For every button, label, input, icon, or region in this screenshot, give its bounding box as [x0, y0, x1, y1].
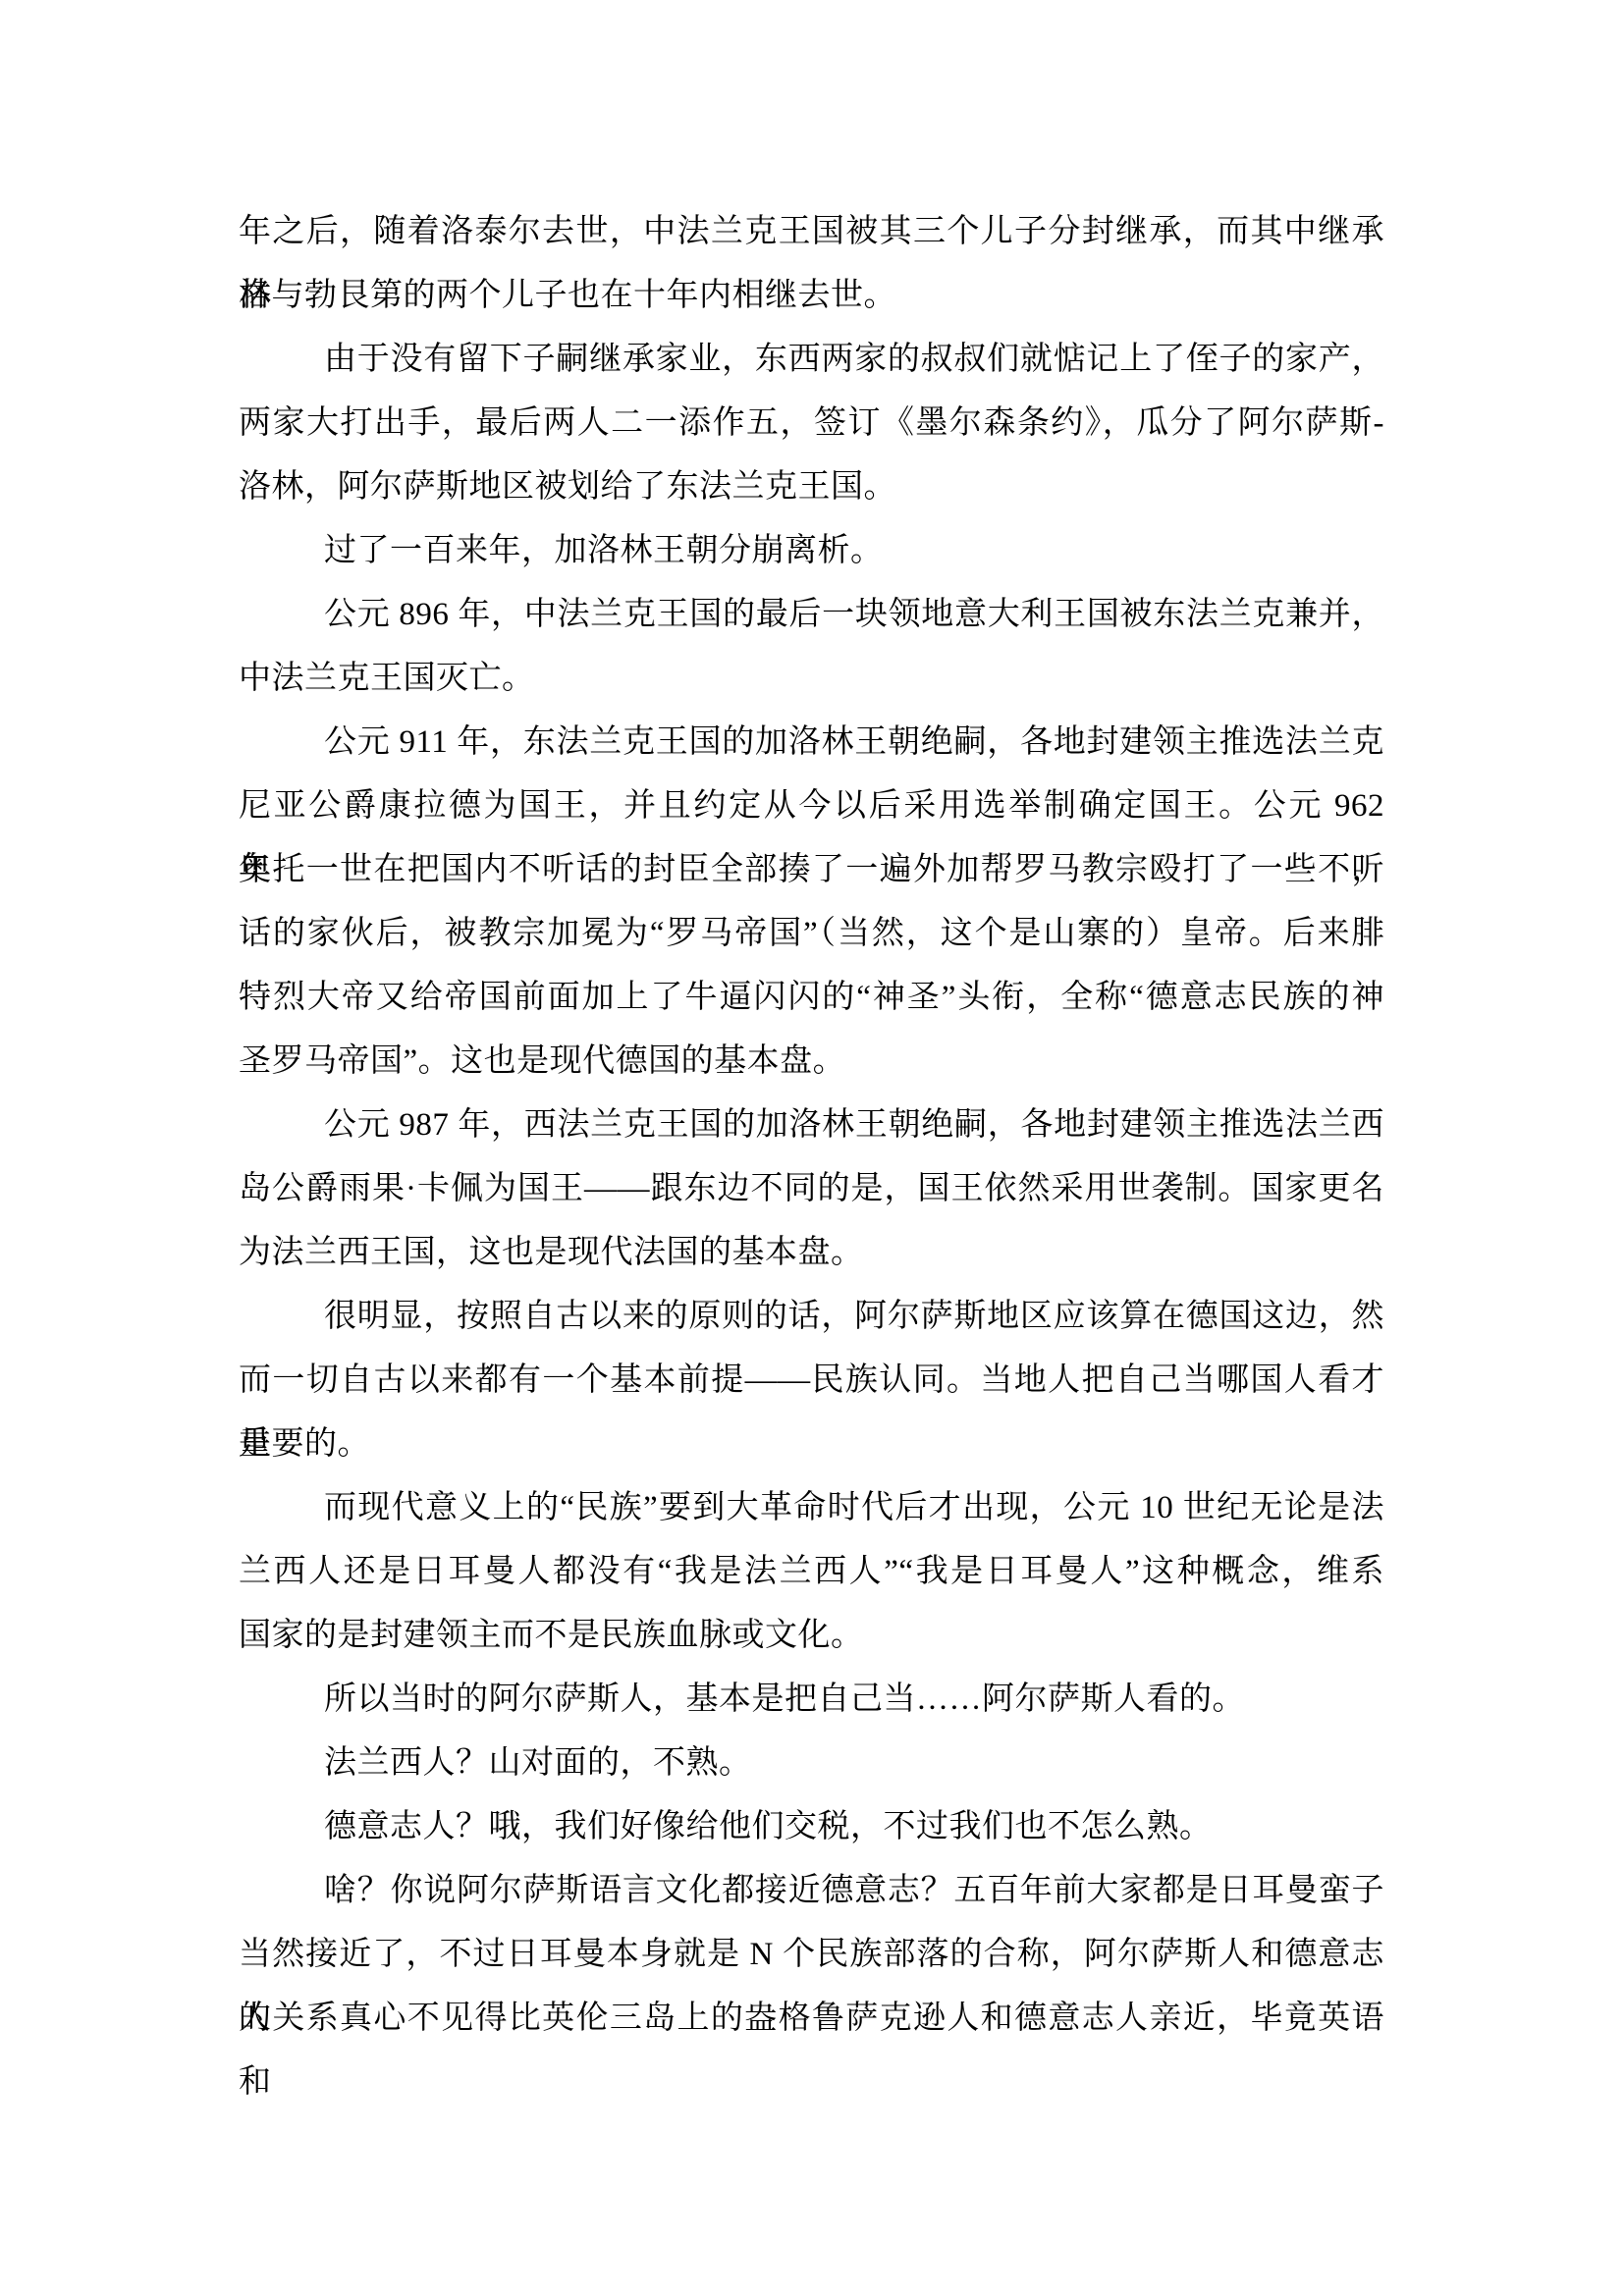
text-line: 很明显，按照自古以来的原则的话，阿尔萨斯地区应该算在德国这边，然 — [239, 1285, 1384, 1349]
paragraph: 法兰西人？山对面的，不熟。 — [239, 1732, 1384, 1795]
text-line: 而现代意义上的“民族”要到大革命时代后才出现，公元 10 世纪无论是法 — [239, 1476, 1384, 1540]
text-line: 重要的。 — [239, 1413, 1384, 1476]
text-line: 公元 987 年，西法兰克王国的加洛林王朝绝嗣，各地封建领主推选法兰西 — [239, 1094, 1384, 1157]
paragraph: 啥？你说阿尔萨斯语言文化都接近德意志？五百年前大家都是日耳曼蛮子当然接近了，不过… — [239, 1859, 1384, 2051]
text-line: 中法兰克王国灭亡。 — [239, 647, 1384, 711]
text-line: 公元 911 年，东法兰克王国的加洛林王朝绝嗣，各地封建领主推选法兰克 — [239, 711, 1384, 774]
paragraph: 所以当时的阿尔萨斯人，基本是把自己当……阿尔萨斯人看的。 — [239, 1668, 1384, 1732]
text-line: 话的家伙后，被教宗加冕为“罗马帝国”（当然，这个是山寨的）皇帝。后来腓 — [239, 902, 1384, 966]
text-line: 林与勃艮第的两个儿子也在十年内相继去世。 — [239, 264, 1384, 328]
paragraph: 年之后，随着洛泰尔去世，中法兰克王国被其三个儿子分封继承，而其中继承洛林与勃艮第… — [239, 200, 1384, 328]
paragraph: 公元 896 年，中法兰克王国的最后一块领地意大利王国被东法兰克兼并，中法兰克王… — [239, 583, 1384, 711]
text-line: 的关系真心不见得比英伦三岛上的盎格鲁萨克逊人和德意志人亲近，毕竟英语和 — [239, 1987, 1384, 2051]
text-line: 圣罗马帝国”。这也是现代德国的基本盘。 — [239, 1030, 1384, 1094]
text-line: 由于没有留下子嗣继承家业，东西两家的叔叔们就惦记上了侄子的家产， — [239, 328, 1384, 392]
text-line: 而一切自古以来都有一个基本前提——民族认同。当地人把自己当哪国人看才是 — [239, 1349, 1384, 1413]
paragraph: 过了一百来年，加洛林王朝分崩离析。 — [239, 519, 1384, 583]
paragraph: 公元 987 年，西法兰克王国的加洛林王朝绝嗣，各地封建领主推选法兰西岛公爵雨果… — [239, 1094, 1384, 1285]
text-line: 当然接近了，不过日耳曼本身就是 N 个民族部落的合称，阿尔萨斯人和德意志人 — [239, 1923, 1384, 1987]
text-block: 年之后，随着洛泰尔去世，中法兰克王国被其三个儿子分封继承，而其中继承洛林与勃艮第… — [239, 200, 1384, 2051]
paragraph: 而现代意义上的“民族”要到大革命时代后才出现，公元 10 世纪无论是法兰西人还是… — [239, 1476, 1384, 1668]
document-page: 年之后，随着洛泰尔去世，中法兰克王国被其三个儿子分封继承，而其中继承洛林与勃艮第… — [0, 0, 1624, 2296]
text-line: 过了一百来年，加洛林王朝分崩离析。 — [239, 519, 1384, 583]
text-line: 德意志人？哦，我们好像给他们交税，不过我们也不怎么熟。 — [239, 1795, 1384, 1859]
text-line: 为法兰西王国，这也是现代法国的基本盘。 — [239, 1221, 1384, 1285]
text-line: 奥托一世在把国内不听话的封臣全部揍了一遍外加帮罗马教宗殴打了一些不听 — [239, 838, 1384, 902]
paragraph: 由于没有留下子嗣继承家业，东西两家的叔叔们就惦记上了侄子的家产，两家大打出手，最… — [239, 328, 1384, 519]
text-line: 法兰西人？山对面的，不熟。 — [239, 1732, 1384, 1795]
paragraph: 很明显，按照自古以来的原则的话，阿尔萨斯地区应该算在德国这边，然而一切自古以来都… — [239, 1285, 1384, 1476]
text-line: 特烈大帝又给帝国前面加上了牛逼闪闪的“神圣”头衔，全称“德意志民族的神 — [239, 966, 1384, 1030]
paragraph: 公元 911 年，东法兰克王国的加洛林王朝绝嗣，各地封建领主推选法兰克尼亚公爵康… — [239, 711, 1384, 1094]
text-line: 公元 896 年，中法兰克王国的最后一块领地意大利王国被东法兰克兼并， — [239, 583, 1384, 647]
text-line: 两家大打出手，最后两人二一添作五，签订《墨尔森条约》，瓜分了阿尔萨斯- — [239, 392, 1384, 455]
text-line: 兰西人还是日耳曼人都没有“我是法兰西人”“我是日耳曼人”这种概念，维系 — [239, 1540, 1384, 1604]
text-line: 啥？你说阿尔萨斯语言文化都接近德意志？五百年前大家都是日耳曼蛮子 — [239, 1859, 1384, 1923]
paragraph: 德意志人？哦，我们好像给他们交税，不过我们也不怎么熟。 — [239, 1795, 1384, 1859]
text-line: 国家的是封建领主而不是民族血脉或文化。 — [239, 1604, 1384, 1668]
text-line: 岛公爵雨果·卡佩为国王——跟东边不同的是，国王依然采用世袭制。国家更名 — [239, 1157, 1384, 1221]
text-line: 洛林，阿尔萨斯地区被划给了东法兰克王国。 — [239, 455, 1384, 519]
text-line: 年之后，随着洛泰尔去世，中法兰克王国被其三个儿子分封继承，而其中继承洛 — [239, 200, 1384, 264]
text-line: 尼亚公爵康拉德为国王，并且约定从今以后采用选举制确定国王。公元 962 年， — [239, 774, 1384, 838]
text-line: 所以当时的阿尔萨斯人，基本是把自己当……阿尔萨斯人看的。 — [239, 1668, 1384, 1732]
